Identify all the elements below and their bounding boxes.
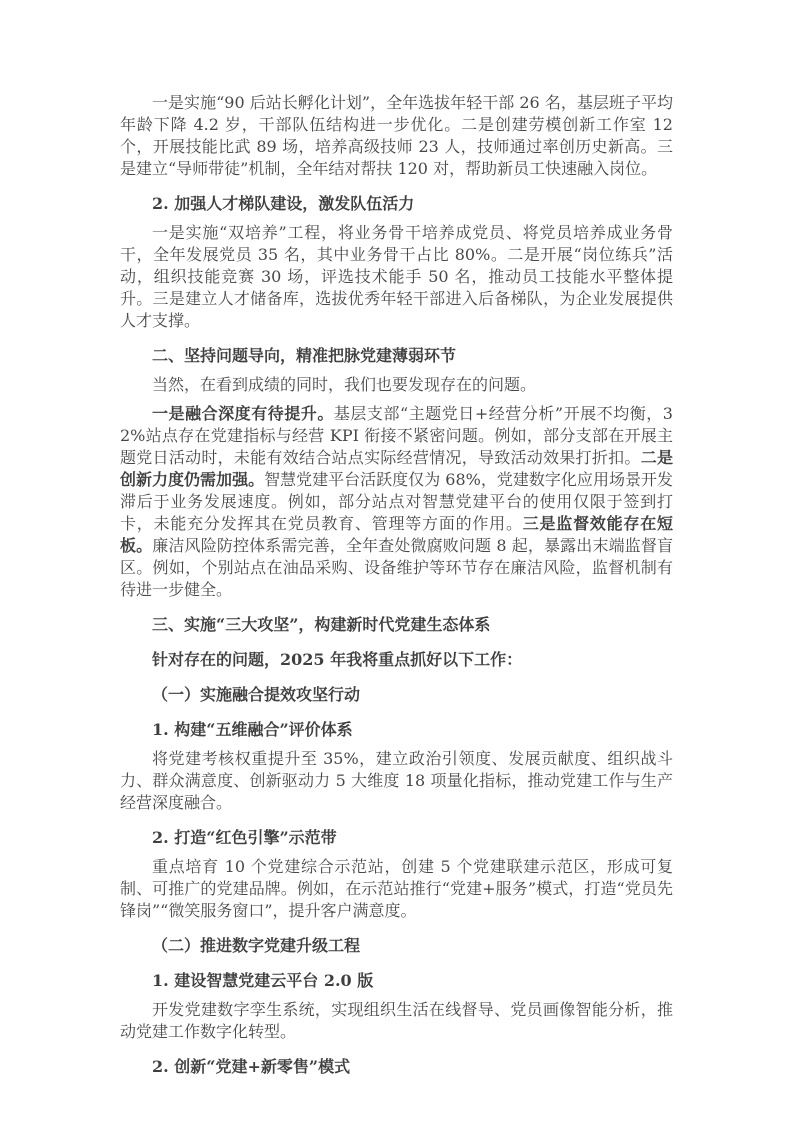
paragraph: 一是实施“90 后站长孵化计划”，全年选拔年轻干部 26 名，基层班子平均年龄下… [120,92,673,180]
text-run: 将党建考核权重提升至 35%，建立政治引领度、发展贡献度、组织战斗力、群众满意度… [120,749,673,812]
bold-text-run: 1. 建设智慧党建云平台 2.0 版 [152,971,373,990]
paragraph: 一是实施“双培养”工程，将业务骨干培养成党员、将党员培养成业务骨干，全年发展党员… [120,222,673,332]
section-heading: （二）推进数字党建升级工程 [120,935,673,957]
section-heading: 三、实施“三大攻坚”，构建新时代党建生态体系 [120,614,673,636]
text-run: 廉洁风险防控体系需完善，全年查处微腐败问题 8 起，暴露出末端监督盲区。例如，个… [120,536,673,599]
text-run: 重点培育 10 个党建综合示范站，创建 5 个党建联建示范区，形成可复制、可推广… [120,857,673,920]
bold-text-run: 2. 加强人才梯队建设，激发队伍活力 [152,194,414,213]
paragraph: 一是融合深度有待提升。基层支部“主题党日+经营分析”开展不均衡，32%站点存在党… [120,403,673,601]
paragraph: 将党建考核权重提升至 35%，建立政治引领度、发展贡献度、组织战斗力、群众满意度… [120,748,673,814]
bold-text-run: 二、坚持问题导向，精准把脉党建薄弱环节 [152,346,456,365]
bold-text-run: （二）推进数字党建升级工程 [152,936,360,955]
bold-text-run: 2. 创新“党建+新零售”模式 [152,1057,350,1076]
paragraph: 重点培育 10 个党建综合示范站，创建 5 个党建联建示范区，形成可复制、可推广… [120,856,673,922]
section-heading: 2. 打造“红色引擎”示范带 [120,827,673,849]
bold-text-run: 1. 构建“五维融合”评价体系 [152,720,353,739]
paragraph: 当然，在看到成绩的同时，我们也要发现存在的问题。 [120,374,673,396]
text-run: 开发党建数字孪生系统，实现组织生活在线督导、党员画像智能分析，推动党建工作数字化… [120,1000,673,1041]
section-heading: （一）实施融合提效攻坚行动 [120,684,673,706]
paragraph: 开发党建数字孪生系统，实现组织生活在线督导、党员画像智能分析，推动党建工作数字化… [120,999,673,1043]
text-run: 当然，在看到成绩的同时，我们也要发现存在的问题。 [152,375,536,394]
bold-text-run: （一）实施融合提效攻坚行动 [152,685,360,704]
text-run: 一是实施“双培养”工程，将业务骨干培养成党员、将党员培养成业务骨干，全年发展党员… [120,223,673,330]
text-run: 一是实施“90 后站长孵化计划”，全年选拔年轻干部 26 名，基层班子平均年龄下… [120,93,673,178]
document-content: 一是实施“90 后站长孵化计划”，全年选拔年轻干部 26 名，基层班子平均年龄下… [120,92,673,1078]
bold-text-run: 2. 打造“红色引擎”示范带 [152,828,337,847]
section-heading: 2. 加强人才梯队建设，激发队伍活力 [120,193,673,215]
section-heading: 1. 建设智慧党建云平台 2.0 版 [120,970,673,992]
bold-text-run: 三、实施“三大攻坚”，构建新时代党建生态体系 [152,615,490,634]
section-heading: 2. 创新“党建+新零售”模式 [120,1056,673,1078]
document-page: 一是实施“90 后站长孵化计划”，全年选拔年轻干部 26 名，基层班子平均年龄下… [0,0,793,1122]
bold-text-run: 一是融合深度有待提升。 [152,404,334,423]
bold-text-run: 针对存在的问题，2025 年我将重点抓好以下工作： [152,650,522,669]
section-heading: 二、坚持问题导向，精准把脉党建薄弱环节 [120,345,673,367]
section-heading: 1. 构建“五维融合”评价体系 [120,719,673,741]
section-heading: 针对存在的问题，2025 年我将重点抓好以下工作： [120,649,673,671]
